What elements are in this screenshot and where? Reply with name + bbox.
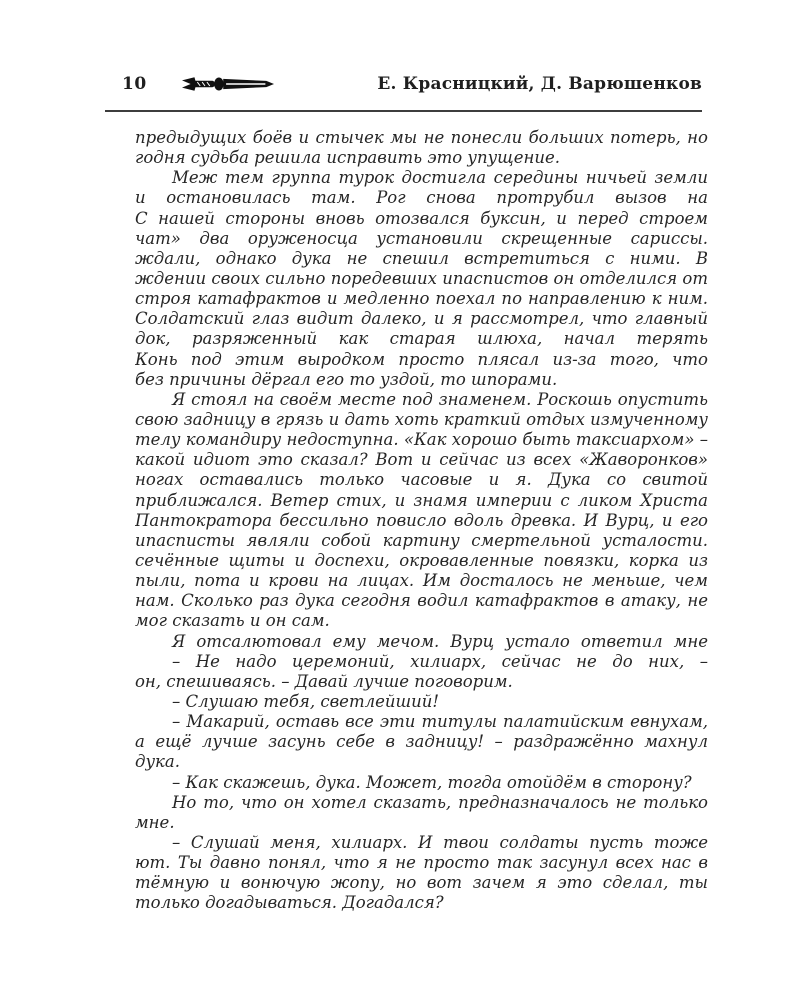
text-line: он, спешиваясь. – Давай лучше поговорим.	[135, 672, 708, 692]
text-line: – Макарий, оставь все эти титулы палатий…	[135, 712, 708, 732]
text-line: С нашей стороны вновь отозвался буксин, …	[135, 209, 708, 229]
text-line: только догадываться. Догадался?	[135, 893, 708, 913]
text-line: мне.	[135, 813, 708, 833]
text-line: мог сказать и он сам.	[135, 611, 708, 631]
text-line: – Слушаю тебя, светлейший!	[135, 692, 708, 712]
text-line: дука.	[135, 752, 708, 772]
text-line: и остановилась там. Рог снова протрубил …	[135, 188, 708, 208]
text-line: Меж тем группа турок достигла середины н…	[135, 168, 708, 188]
paragraph: Я стоял на своём месте под знаменем. Рос…	[135, 390, 708, 632]
text-line: без причины дёргал его то уздой, то шпор…	[135, 370, 708, 390]
paragraph: – Не надо церемоний, хилиарх, сейчас не …	[135, 652, 708, 692]
text-line: Солдатский глаз видит далеко, и я рассмо…	[135, 309, 708, 329]
body-text: предыдущих боёв и стычек мы не понесли б…	[135, 128, 708, 913]
text-line: приближался. Ветер стих, и знамя империи…	[135, 491, 708, 511]
text-line: Но то, что он хотел сказать, предназнача…	[135, 793, 708, 813]
book-page: 10 Е. Красницкий, Д. Варюшенков предыдущ…	[0, 0, 800, 1000]
text-line: Пантократора бессильно повисло вдоль дре…	[135, 511, 708, 531]
text-line: строя катафрактов и медленно поехал по н…	[135, 289, 708, 309]
paragraph: – Макарий, оставь все эти титулы палатий…	[135, 712, 708, 772]
text-line: док, разряженный как старая шлюха, начал…	[135, 329, 708, 349]
text-line: – Не надо церемоний, хилиарх, сейчас не …	[135, 652, 708, 672]
authors-running-title: Е. Красницкий, Д. Варюшенков	[377, 74, 702, 94]
text-line: годня судьба решила исправить это упущен…	[135, 148, 708, 168]
text-line: Конь под этим выродком просто плясал из-…	[135, 350, 708, 370]
text-line: Я стоял на своём месте под знаменем. Рос…	[135, 390, 708, 410]
text-line: какой идиот это сказал? Вот и сейчас из …	[135, 450, 708, 470]
text-line: чат» два оруженосца установили скрещенны…	[135, 229, 708, 249]
text-line: нам. Сколько раз дука сегодня водил ката…	[135, 591, 708, 611]
paragraph: – Как скажешь, дука. Может, тогда отойдё…	[135, 773, 708, 793]
dagger-icon	[182, 74, 274, 94]
paragraph: Меж тем группа турок достигла середины н…	[135, 168, 708, 390]
paragraph: Я отсалютовал ему мечом. Вурц устало отв…	[135, 632, 708, 652]
paragraph: Но то, что он хотел сказать, предназнача…	[135, 793, 708, 833]
paragraph: предыдущих боёв и стычек мы не понесли б…	[135, 128, 708, 168]
text-line: ждали, однако дука не спешил встретиться…	[135, 249, 708, 269]
text-line: ногах оставались только часовые и я. Дук…	[135, 470, 708, 490]
text-line: предыдущих боёв и стычек мы не понесли б…	[135, 128, 708, 148]
text-line: а ещё лучше засунь себе в задницу! – раз…	[135, 732, 708, 752]
text-line: свою задницу в грязь и дать хоть краткий…	[135, 410, 708, 430]
paragraph: – Слушай меня, хилиарх. И твои солдаты п…	[135, 833, 708, 914]
text-line: Я отсалютовал ему мечом. Вурц устало отв…	[135, 632, 708, 652]
header-rule	[105, 110, 702, 112]
text-line: тёмную и вонючую жопу, но вот зачем я эт…	[135, 873, 708, 893]
text-line: ждении своих сильно поредевших ипасписто…	[135, 269, 708, 289]
text-line: телу командиру недоступна. «Как хорошо б…	[135, 430, 708, 450]
page-header: 10 Е. Красницкий, Д. Варюшенков	[105, 70, 702, 98]
text-line: – Как скажешь, дука. Может, тогда отойдё…	[135, 773, 708, 793]
text-line: ют. Ты давно понял, что я не просто так …	[135, 853, 708, 873]
text-line: ипасписты являли собой картину смертельн…	[135, 531, 708, 551]
text-line: пыли, пота и крови на лицах. Им досталос…	[135, 571, 708, 591]
text-line: – Слушай меня, хилиарх. И твои солдаты п…	[135, 833, 708, 853]
paragraph: – Слушаю тебя, светлейший!	[135, 692, 708, 712]
text-line: сечённые щиты и доспехи, окровавленные п…	[135, 551, 708, 571]
page-number: 10	[122, 74, 147, 94]
